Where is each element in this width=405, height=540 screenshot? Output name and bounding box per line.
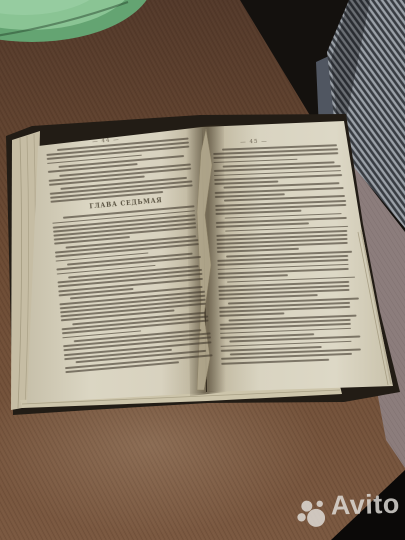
avito-watermark-label: Avito — [330, 489, 400, 522]
right-page-text — [213, 144, 352, 367]
right-page-paragraphs — [213, 144, 352, 364]
left-page-text: ГЛАВА СЕДЬМАЯ — [46, 137, 215, 376]
avito-logo-icon — [293, 494, 330, 531]
left-page-paragraphs-after — [52, 205, 215, 373]
avito-watermark: Avito — [293, 492, 405, 537]
photo-open-antique-book: — 44 — — 45 — ГЛАВА СЕДЬМАЯ Avito — [0, 0, 405, 540]
